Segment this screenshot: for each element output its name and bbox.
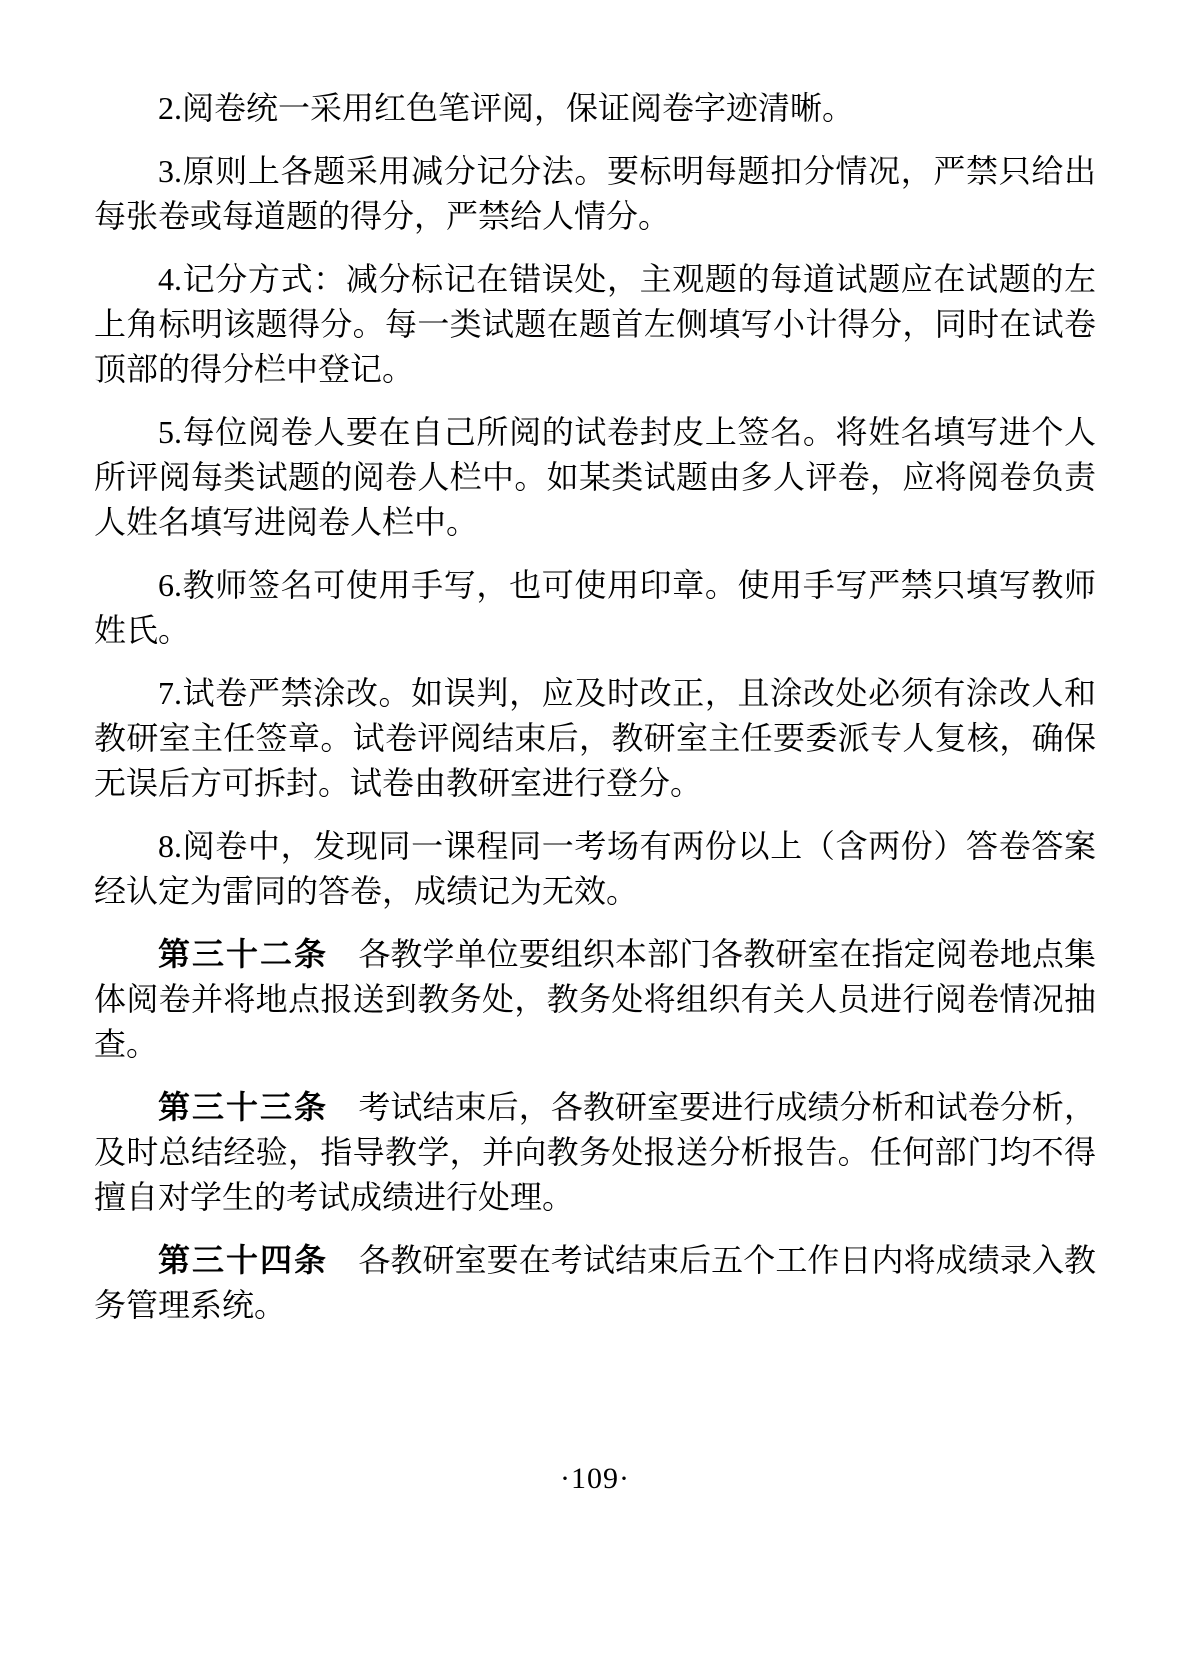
numbered-paragraph: 6.教师签名可使用手写，也可使用印章。使用手写严禁只填写教师姓氏。 xyxy=(94,563,1096,653)
page-number: ·109· xyxy=(560,1462,630,1495)
article-number: 第三十二条 xyxy=(158,936,328,972)
paragraph-text: 5.每位阅卷人要在自己所阅的试卷封皮上签名。将姓名填写进个人所评阅每类试题的阅卷… xyxy=(94,414,1096,540)
paragraph-text: 6.教师签名可使用手写，也可使用印章。使用手写严禁只填写教师姓氏。 xyxy=(94,567,1096,648)
paragraph-text: 7.试卷严禁涂改。如误判，应及时改正，且涂改处必须有涂改人和教研室主任签章。试卷… xyxy=(94,675,1096,801)
paragraph-text: 4.记分方式：减分标记在错误处，主观题的每道试题应在试题的左上角标明该题得分。每… xyxy=(94,261,1096,387)
article-paragraph: 第三十三条考试结束后，各教研室要进行成绩分析和试卷分析，及时总结经验，指导教学，… xyxy=(94,1085,1096,1220)
paragraph-text: 3.原则上各题采用减分记分法。要标明每题扣分情况，严禁只给出每张卷或每道题的得分… xyxy=(94,153,1096,234)
paragraph-text: 8.阅卷中，发现同一课程同一考场有两份以上（含两份）答卷答案经认定为雷同的答卷，… xyxy=(94,828,1096,909)
numbered-paragraph: 2.阅卷统一采用红色笔评阅，保证阅卷字迹清晰。 xyxy=(94,86,1096,131)
numbered-paragraph: 4.记分方式：减分标记在错误处，主观题的每道试题应在试题的左上角标明该题得分。每… xyxy=(94,257,1096,392)
article-number: 第三十三条 xyxy=(158,1089,328,1125)
paragraph-text: 2.阅卷统一采用红色笔评阅，保证阅卷字迹清晰。 xyxy=(158,90,854,126)
article-paragraph: 第三十四条各教研室要在考试结束后五个工作日内将成绩录入教务管理系统。 xyxy=(94,1238,1096,1328)
numbered-paragraph: 3.原则上各题采用减分记分法。要标明每题扣分情况，严禁只给出每张卷或每道题的得分… xyxy=(94,149,1096,239)
article-paragraph: 第三十二条各教学单位要组织本部门各教研室在指定阅卷地点集体阅卷并将地点报送到教务… xyxy=(94,932,1096,1067)
document-page: 2.阅卷统一采用红色笔评阅，保证阅卷字迹清晰。3.原则上各题采用减分记分法。要标… xyxy=(0,0,1190,1670)
numbered-paragraph: 7.试卷严禁涂改。如误判，应及时改正，且涂改处必须有涂改人和教研室主任签章。试卷… xyxy=(94,671,1096,806)
page-footer: ·109· xyxy=(0,1462,1190,1496)
article-number: 第三十四条 xyxy=(158,1242,328,1278)
document-body: 2.阅卷统一采用红色笔评阅，保证阅卷字迹清晰。3.原则上各题采用减分记分法。要标… xyxy=(94,86,1096,1346)
numbered-paragraph: 8.阅卷中，发现同一课程同一考场有两份以上（含两份）答卷答案经认定为雷同的答卷，… xyxy=(94,824,1096,914)
numbered-paragraph: 5.每位阅卷人要在自己所阅的试卷封皮上签名。将姓名填写进个人所评阅每类试题的阅卷… xyxy=(94,410,1096,545)
